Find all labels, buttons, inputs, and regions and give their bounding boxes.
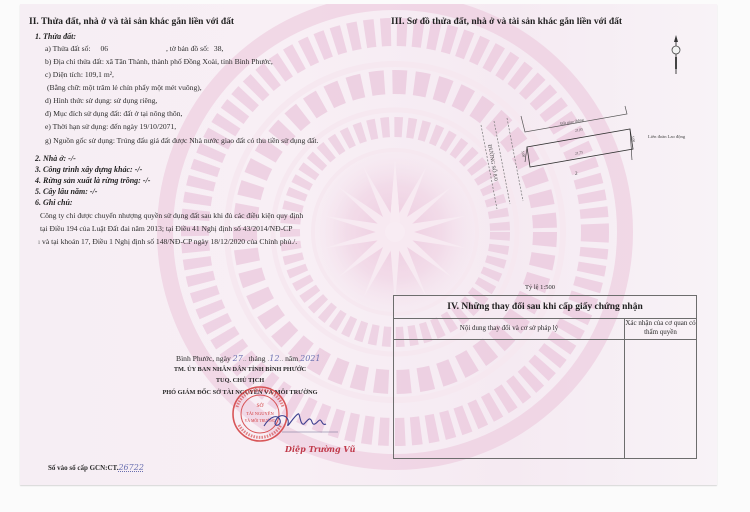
date-day: 27	[233, 354, 243, 363]
year-label: năm	[285, 354, 298, 363]
note-line-2: tại Điều 194 của Luật Đất đai năm 2013; …	[40, 224, 292, 233]
parcel-area: c) Diện tích: 109,1 m²,	[45, 70, 114, 79]
right-side-dimension: 5,00	[631, 136, 636, 143]
section-2-title: II. Thửa đất, nhà ở và tài sản khác gắn …	[29, 17, 234, 27]
registry-label: Số vào sổ cấp GCN:CT.	[48, 464, 118, 472]
col-authority-confirmation-header: Xác nhận của cơ quan có thẩm quyền	[625, 319, 696, 337]
signer-name: Diệp Trường Vũ	[285, 444, 355, 454]
notes-heading: 6. Ghi chú:	[35, 198, 73, 207]
col-change-content-header: Nội dung thay đổi và cơ sở pháp lý	[394, 324, 624, 332]
house-item: 2. Nhà ở: -/-	[35, 154, 76, 163]
registry-number: 26722	[118, 463, 143, 472]
map-sheet-number: 38,	[214, 44, 224, 53]
note-line-1: Công ty chỉ được chuyển nhượng quyền sử …	[40, 211, 303, 220]
usage-origin: g) Nguồn gốc sử dụng: Trúng đấu giá đất …	[45, 136, 318, 145]
parcel-number-label: a) Thửa đất số:	[45, 44, 91, 53]
production-forest-item: 4. Rừng sản xuất là rừng trồng: -/-	[35, 176, 150, 185]
place-date: Bình Phước, ngày 27.. tháng .12.. năm.20…	[176, 354, 320, 363]
org-line-2: TUQ. CHỦ TỊCH	[120, 377, 360, 384]
sidewalk-label: Đất giao thông	[560, 117, 584, 126]
org-line-1: TM. ỦY BAN NHÂN DÂN TỈNH BÌNH PHƯỚC	[120, 366, 360, 373]
bottom-dimension: 21,75	[575, 150, 584, 155]
other-construction-item: 3. Công trình xây dựng khác: -/-	[35, 165, 142, 174]
section-3-title: III. Sơ đồ thửa đất, nhà ở và tài sản kh…	[391, 17, 622, 27]
registry-line: Số vào sổ cấp GCN:CT.26722	[48, 463, 144, 472]
section-4-title: IV. Những thay đổi sau khi cấp giấy chứn…	[394, 296, 696, 319]
north-arrow-icon	[672, 35, 680, 74]
map-sheet-label: , tờ bản đồ số:	[166, 44, 209, 53]
top-dimension: 21,85	[575, 127, 584, 132]
certificate-page: II. Thửa đất, nhà ở và tài sản khác gắn …	[20, 4, 717, 485]
usage-purpose: đ) Mục đích sử dụng đất: đất ở tại nông …	[45, 109, 182, 118]
table-column-divider	[624, 318, 625, 458]
left-side-dimension: 5,00	[521, 151, 526, 158]
month-label: tháng	[249, 354, 266, 363]
parcel-number: 06	[100, 44, 108, 53]
neighbor-label: Liên đoàn Lao động	[648, 134, 685, 139]
usage-form: d) Hình thức sử dụng: sử dụng riêng,	[45, 96, 157, 105]
scale-label: Tỷ lệ 1:500	[525, 284, 555, 291]
parcel-address: b) Địa chỉ thửa đất: xã Tân Thành, thành…	[45, 57, 273, 66]
road-label: ĐƯỜNG SỐ 8/0	[486, 144, 498, 181]
usage-term: e) Thời hạn sử dụng: đến ngày 19/10/2071…	[45, 122, 176, 131]
parcel-area-words: (Bằng chữ: một trăm lẻ chín phẩy một mét…	[47, 83, 202, 92]
signature-scribble	[260, 406, 340, 436]
perennial-trees-item: 5. Cây lâu năm: -/-	[35, 187, 97, 196]
note-line-3: ı và tại khoản 17, Điều 1 Nghị định số 1…	[38, 237, 297, 246]
changes-table-header: Nội dung thay đổi và cơ sở pháp lý Xác n…	[394, 318, 696, 340]
parcel-number-line: a) Thửa đất số: 06 , tờ bản đồ số: 38,	[45, 44, 223, 53]
land-heading: 1. Thửa đất:	[35, 32, 76, 41]
date-month: 12	[269, 354, 279, 363]
date-year: 2021	[300, 354, 320, 363]
parcel-label: 2	[575, 172, 578, 177]
place-date-prefix: Bình Phước, ngày	[176, 354, 231, 363]
changes-table: IV. Những thay đổi sau khi cấp giấy chứn…	[393, 295, 697, 459]
